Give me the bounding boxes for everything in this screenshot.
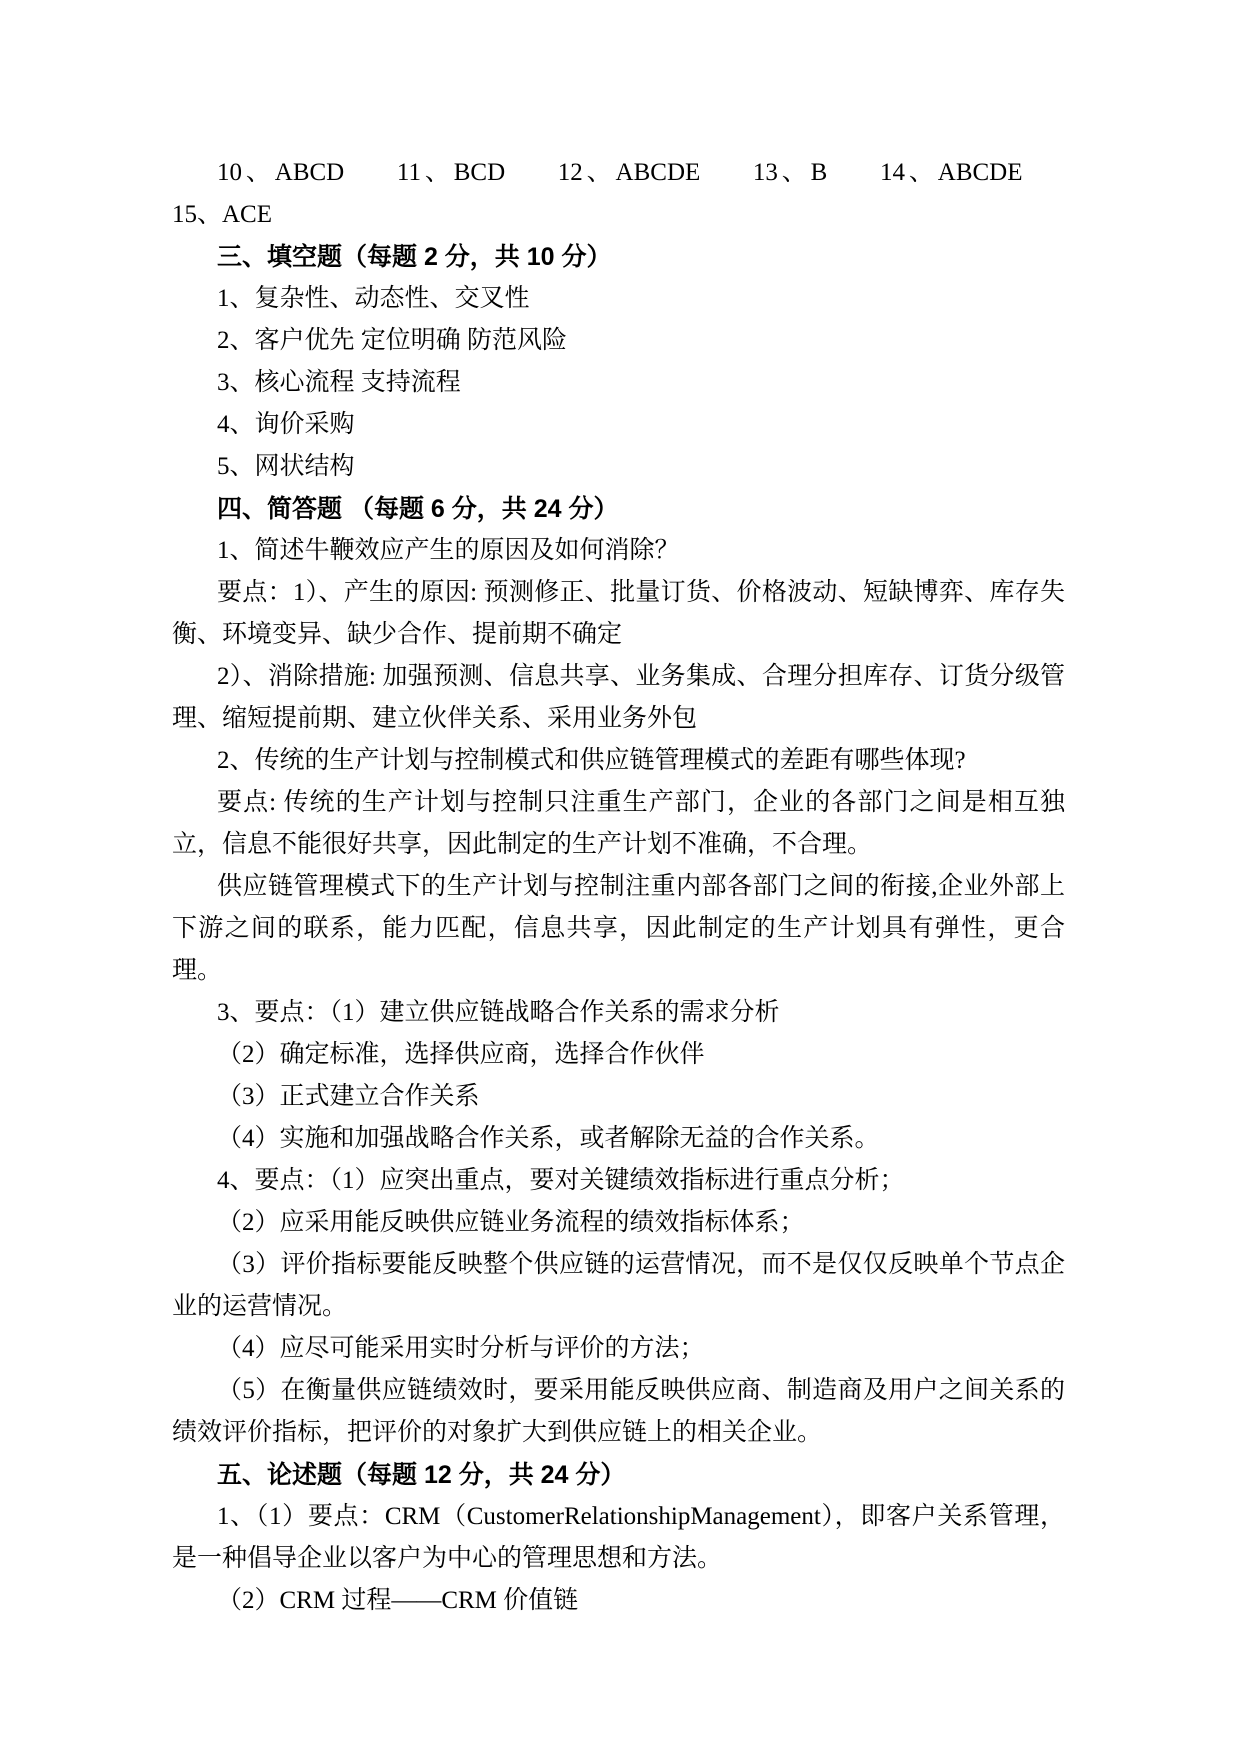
short-answer-q1-causes: 要点：1）、产生的原因: 预测修正、批量订货、价格波动、短缺博弈、库存失衡、环境… xyxy=(172,572,1065,656)
short-answer-q3-point-2: （2）确定标准，选择供应商，选择合作伙伴 xyxy=(172,1034,1065,1076)
answer-item-15: 15、ACE xyxy=(172,201,272,228)
short-answer-q1-measures: 2）、消除措施: 加强预测、信息共享、业务集成、合理分担库存、订货分级管理、缩短… xyxy=(172,656,1065,740)
fill-in-blank-answer-1: 1、复杂性、动态性、交叉性 xyxy=(172,278,1065,320)
short-answer-q4-point-2: （2）应采用能反映供应链业务流程的绩效指标体系； xyxy=(172,1202,1065,1244)
answer-item-12: 12、ABCDE xyxy=(558,159,701,186)
section-heading-fill-in-blanks: 三、填空题（每题 2 分，共 10 分） xyxy=(172,236,1065,278)
short-answer-q3-point-4: （4）实施和加强战略合作关系，或者解除无益的合作关系。 xyxy=(172,1118,1065,1160)
fill-in-blank-answer-5: 5、网状结构 xyxy=(172,446,1065,488)
section-heading-short-answer: 四、简答题 （每题 6 分，共 24 分） xyxy=(172,488,1065,530)
answer-item-11: 11、BCD xyxy=(397,159,505,186)
answer-item-13: 13、B xyxy=(753,159,827,186)
answer-item-10: 10、ABCD xyxy=(217,159,344,186)
short-answer-question-1: 1、简述牛鞭效应产生的原因及如何消除？ xyxy=(172,530,1065,572)
essay-q1-point-2: （2）CRM 过程——CRM 价值链 xyxy=(172,1580,1065,1622)
short-answer-question-2: 2、传统的生产计划与控制模式和供应链管理模式的差距有哪些体现? xyxy=(172,740,1065,782)
short-answer-q2-point-2: 供应链管理模式下的生产计划与控制注重内部各部门之间的衔接,企业外部上下游之间的联… xyxy=(172,866,1065,992)
short-answer-q3-point-3: （3）正式建立合作关系 xyxy=(172,1076,1065,1118)
short-answer-q4-point-4: （4）应尽可能采用实时分析与评价的方法； xyxy=(172,1328,1065,1370)
document-page: 10、ABCD 11、BCD 12、ABCDE 13、B 14、ABCDE 15… xyxy=(0,0,1241,1754)
multiple-choice-answers-row: 10、ABCD 11、BCD 12、ABCDE 13、B 14、ABCDE 15… xyxy=(172,152,1065,236)
answer-item-14: 14、ABCDE xyxy=(880,159,1023,186)
short-answer-q4-point-5: （5）在衡量供应链绩效时，要采用能反映供应商、制造商及用户之间关系的绩效评价指标… xyxy=(172,1370,1065,1454)
short-answer-q4-point-3: （3）评价指标要能反映整个供应链的运营情况，而不是仅仅反映单个节点企业的运营情况… xyxy=(172,1244,1065,1328)
document-content: 10、ABCD 11、BCD 12、ABCDE 13、B 14、ABCDE 15… xyxy=(172,152,1065,1622)
short-answer-q4-point-1: 4、要点：（1）应突出重点，要对关键绩效指标进行重点分析； xyxy=(172,1160,1065,1202)
fill-in-blank-answer-3: 3、核心流程 支持流程 xyxy=(172,362,1065,404)
essay-q1-point-1: 1、（1）要点：CRM（CustomerRelationshipManageme… xyxy=(172,1496,1065,1580)
fill-in-blank-answer-4: 4、询价采购 xyxy=(172,404,1065,446)
short-answer-q3-point-1: 3、要点：（1）建立供应链战略合作关系的需求分析 xyxy=(172,992,1065,1034)
short-answer-q2-point-1: 要点: 传统的生产计划与控制只注重生产部门，企业的各部门之间是相互独立，信息不能… xyxy=(172,782,1065,866)
fill-in-blank-answer-2: 2、客户优先 定位明确 防范风险 xyxy=(172,320,1065,362)
section-heading-essay: 五、论述题（每题 12 分，共 24 分） xyxy=(172,1454,1065,1496)
